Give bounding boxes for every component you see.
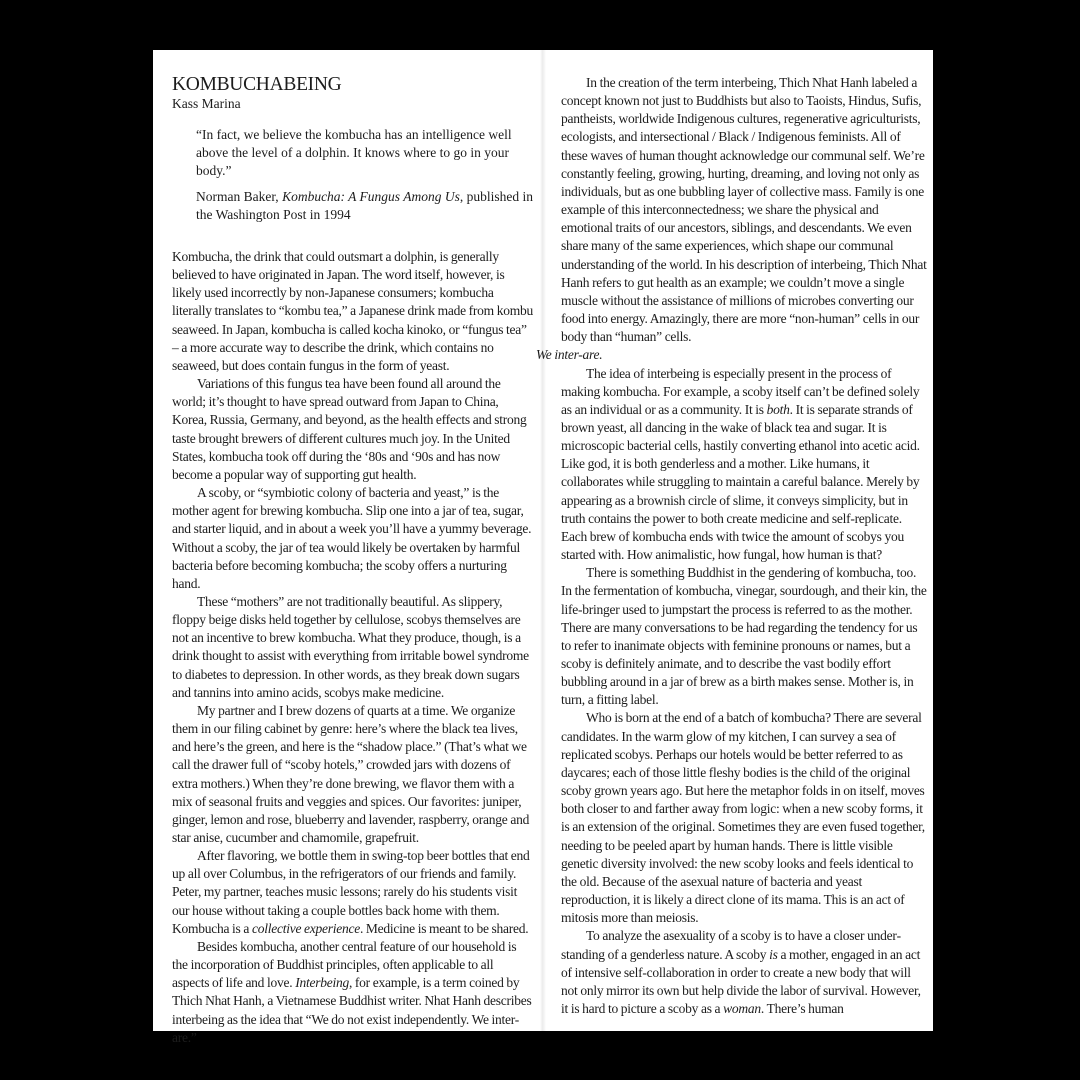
epigraph: “In fact, we believe the kombucha has an… <box>196 126 533 224</box>
emphasis-text: collective experience <box>252 921 360 936</box>
paragraph: In the creation of the term interbeing, … <box>561 74 927 365</box>
paragraph: The idea of interbeing is especially pre… <box>561 365 927 565</box>
article-title: KOMBUCHABEING <box>172 74 533 96</box>
booklet-spread: KOMBUCHABEING Kass Marina “In fact, we b… <box>153 50 933 1031</box>
left-body-text: Kombucha, the drink that could outsmart … <box>172 248 533 1047</box>
attribution-source-title: Kombucha: A Fungus Among Us <box>282 189 460 204</box>
paragraph: To analyze the asexuality of a scoby is … <box>561 927 927 1018</box>
right-page: In the creation of the term interbeing, … <box>543 50 933 1031</box>
paragraph-text: . There’s human <box>761 1001 844 1016</box>
paragraph: A scoby, or “symbiotic colony of bacteri… <box>172 484 533 593</box>
emphasis-text: We inter-are. <box>536 346 602 364</box>
paragraph-text: . Medicine is meant to be shared. <box>360 921 528 936</box>
emphasis-text: Interbeing <box>295 975 349 990</box>
paragraph-text: . It is separate strands of brown yeast,… <box>561 402 920 562</box>
emphasis-text: both <box>767 402 790 417</box>
paragraph: My partner and I brew dozens of quarts a… <box>172 702 533 847</box>
right-body-text: In the creation of the term interbeing, … <box>561 74 927 1018</box>
article-author: Kass Marina <box>172 96 533 112</box>
paragraph-text: In the creation of the term interbeing, … <box>561 75 927 344</box>
epigraph-attribution: Norman Baker, Kombucha: A Fungus Among U… <box>196 188 533 224</box>
emphasis-text: woman <box>723 1001 761 1016</box>
paragraph: Besides kombucha, another central featur… <box>172 938 533 1047</box>
paragraph: Who is born at the end of a batch of kom… <box>561 709 927 927</box>
paragraph: Kombucha, the drink that could outsmart … <box>172 248 533 375</box>
paragraph: These “mothers” are not traditionally be… <box>172 593 533 702</box>
emphasis-text: is <box>769 947 778 962</box>
paragraph: Variations of this fungus tea have been … <box>172 375 533 484</box>
paragraph: After flavoring, we bottle them in swing… <box>172 847 533 938</box>
epigraph-quote: “In fact, we believe the kombucha has an… <box>196 126 533 181</box>
paragraph: There is something Buddhist in the gende… <box>561 564 927 709</box>
attribution-author: Norman Baker, <box>196 189 282 204</box>
left-page: KOMBUCHABEING Kass Marina “In fact, we b… <box>153 50 543 1031</box>
